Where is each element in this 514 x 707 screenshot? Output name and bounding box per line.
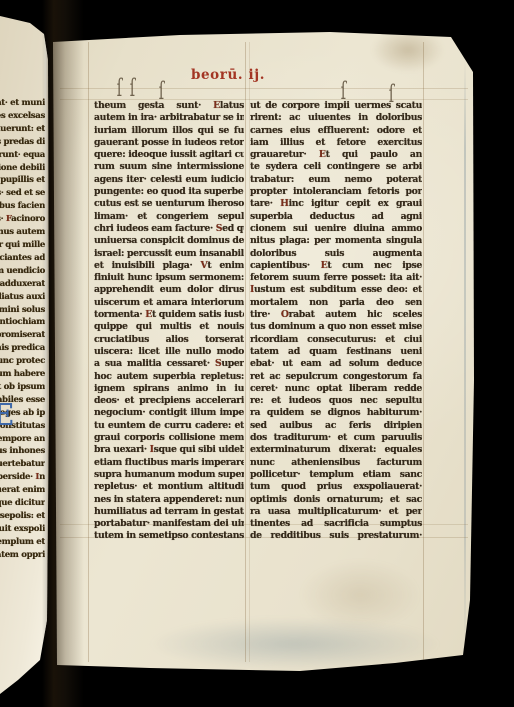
manuscript-line: uniuersa conspicit dominus deus bbox=[94, 235, 244, 247]
manuscript-line: mortalem non paria deo sen bbox=[250, 297, 422, 309]
manuscript-line: rum suum sine intermissione bbox=[94, 161, 244, 173]
manuscript-line: tentauit exspoli bbox=[0, 523, 45, 536]
manuscript-line: obtinuerunt: et bbox=[0, 123, 45, 136]
manuscript-line: agens iter· celesti eum iudicio bbox=[94, 174, 244, 186]
manuscript-line: runt· et muni bbox=[0, 97, 45, 110]
manuscript-line: ceret· nunc optat liberam redde bbox=[250, 383, 422, 395]
manuscript-line: nes in statera appenderet: nunc bbox=[94, 494, 244, 506]
manuscript-line: lio domini solus bbox=[0, 304, 45, 317]
manuscript-line: are templum et bbox=[0, 536, 45, 549]
manuscript-line: tiochus inhones bbox=[0, 445, 45, 458]
manuscript-line: optimis donis ornaturum; et sac bbox=[250, 494, 422, 506]
manuscript-line: israel: percussit eum insanabili bbox=[94, 248, 244, 260]
manuscript-line: dos traditurum· et cum paruulis bbox=[250, 432, 422, 444]
manuscript-line: torem deum habere bbox=[0, 368, 45, 381]
manuscript-line: apprehendit eum dolor dirus bbox=[94, 284, 244, 296]
manuscript-line: ricordiam consecuturus: et ciui bbox=[250, 334, 422, 346]
manuscript-line: trabatur: eum nemo poterat bbox=[250, 174, 422, 186]
manuscript-line: chri iudeos eam facture· Sed qui bbox=[94, 223, 244, 235]
manuscript-line: tum quod prius exspoliauerat· bbox=[250, 481, 422, 493]
manuscript-line: sissimus autem bbox=[0, 226, 45, 239]
manuscript-line: tes· Facinoro bbox=[0, 213, 45, 226]
manuscript-line: supra humanum modum superbia bbox=[94, 469, 244, 481]
manuscript-line: de perside· In bbox=[0, 471, 45, 484]
manuscript-line: bus pupillis et bbox=[0, 174, 45, 187]
manuscript-line: cutus est se uenturum iheroso bbox=[94, 198, 244, 210]
manuscript-line: ut de corpore impii uermes scatu bbox=[250, 100, 422, 112]
manuscript-line: quippe qui multis et nouis bbox=[94, 321, 244, 333]
text-column-2: ut de corpore impii uermes scaturirent: … bbox=[250, 100, 422, 543]
manuscript-line: uiscera: licet ille nullo modo bbox=[94, 346, 244, 358]
manuscript-line: humiliatus ad terram in gestatorio bbox=[94, 506, 244, 518]
manuscript-line: uiduis· sed et se bbox=[0, 187, 45, 200]
text-column-1: theum gesta sunt· Elatusautem in ira· ar… bbox=[94, 100, 244, 543]
manuscript-line: nunc atheniensibus facturum bbox=[250, 457, 422, 469]
manuscript-line: ciuitatem oppri bbox=[0, 549, 45, 562]
ascender-flourish: ſ bbox=[117, 76, 122, 100]
manuscript-line: quere: ideoque iussit agitari cur bbox=[94, 149, 244, 161]
manuscript-line: plures predas di bbox=[0, 136, 45, 149]
manuscript-line: et inuisibili plaga· Vt enim bbox=[94, 260, 244, 272]
manuscript-line: romanis predica bbox=[0, 342, 45, 355]
manuscript-line: exterminaturum dixerat: equales bbox=[250, 444, 422, 456]
manuscript-line: deos· et precipiens accelerari bbox=[94, 395, 244, 407]
manuscript-line: tatem ad quam festinans ueni bbox=[250, 346, 422, 358]
manuscript-line: ciones excelsas bbox=[0, 110, 45, 123]
manuscript-line: cruciatibus alios torserat bbox=[94, 334, 244, 346]
chapter-initial-e: E bbox=[0, 401, 19, 431]
manuscript-line: uiscerum et amara interiorum bbox=[94, 297, 244, 309]
manuscript-line: negocium· contigit illum impe bbox=[94, 407, 244, 419]
manuscript-line: tormenta· Et quidem satis iuste: bbox=[94, 309, 244, 321]
manuscript-line: autem in ira· arbitrabatur se in bbox=[94, 112, 244, 124]
manuscript-line: grauaretur· Et qui paulo an bbox=[250, 149, 422, 161]
ruling-line-col2-right bbox=[423, 42, 424, 662]
manuscript-line: tare· Hinc igitur cepit ex graui bbox=[250, 198, 422, 210]
manuscript-line: pollicetur· templum etiam sanc bbox=[250, 469, 422, 481]
manuscript-line: propter intoleranciam fetoris por bbox=[250, 186, 422, 198]
manuscript-line: cionem sui uenire diuina ammo bbox=[250, 223, 422, 235]
manuscript-line: iam illius et fetore exercitus bbox=[250, 137, 422, 149]
vertical-fold-line bbox=[464, 58, 466, 654]
manuscript-line: te reuertebatur bbox=[0, 458, 45, 471]
manuscript-line: tire· Orabat autem hic sceles bbox=[250, 309, 422, 321]
manuscript-line: rirent: ac uiuentes in doloribus bbox=[250, 112, 422, 124]
manuscript-photo: runt· et municiones excelsasobtinuerunt:… bbox=[0, 0, 514, 707]
parchment-stain-blue bbox=[150, 618, 440, 670]
manuscript-line: odem tempore an bbox=[0, 433, 45, 446]
manuscript-line: fetorem suum ferre posset: ita ait· bbox=[250, 272, 422, 284]
ruling-line-col1-right bbox=[245, 42, 246, 662]
ascender-flourish: ſ bbox=[130, 76, 135, 100]
manuscript-line: limam· et congeriem sepul bbox=[94, 211, 244, 223]
manuscript-line: bat nunc protec bbox=[0, 355, 45, 368]
left-page: runt· et municiones excelsasobtinuerunt:… bbox=[0, 0, 52, 707]
manuscript-line: pungente: eo quod ita superbe lo bbox=[94, 186, 244, 198]
manuscript-line: ebat· ut eam ad solum deduce bbox=[250, 358, 422, 370]
manuscript-line: de redditibus suis prestaturum· bbox=[250, 530, 422, 542]
manuscript-line: doloribus suis augmenta bbox=[250, 248, 422, 260]
manuscript-line: gauerant posse in iudeos retor bbox=[94, 137, 244, 149]
manuscript-line: iuriam illorum illos qui se fu bbox=[94, 125, 244, 137]
manuscript-line: theum gesta sunt· Elatus bbox=[94, 100, 244, 112]
manuscript-line: superbia deductus ad agni bbox=[250, 211, 422, 223]
manuscript-line: capientibus· Et cum nec ipse bbox=[250, 260, 422, 272]
manuscript-line: hoc autem superbia repletus: bbox=[94, 371, 244, 383]
running-title: beorū. ij. bbox=[168, 67, 288, 83]
manuscript-line: finiuit hunc ipsum sermonem: bbox=[94, 272, 244, 284]
manuscript-line: portabatur· manifestam dei uir bbox=[94, 518, 244, 530]
manuscript-line: carnes eius effluerent: odore et bbox=[250, 125, 422, 137]
manuscript-line: nicanor qui mille bbox=[0, 239, 45, 252]
manuscript-line: nem adduxerat: bbox=[0, 278, 45, 291]
manuscript-line: nitus plaga: per momenta singula bbox=[250, 235, 422, 247]
manuscript-line: Et qui promiserat bbox=[0, 329, 45, 342]
left-page-text-column: runt· et municiones excelsasobtinuerunt:… bbox=[0, 97, 45, 562]
manuscript-line: re: et iudeos quos nec sepultu bbox=[250, 395, 422, 407]
manuscript-line: porcione debili bbox=[0, 162, 45, 175]
manuscript-line: iudeorum uendicio bbox=[0, 265, 45, 278]
manuscript-line: tus dominum a quo non esset mise bbox=[250, 321, 422, 333]
manuscript-line: nioribus facien bbox=[0, 200, 45, 213]
manuscript-line: persepolis: et bbox=[0, 510, 45, 523]
manuscript-line: ignem spirans animo in iu bbox=[94, 383, 244, 395]
manuscript-line: Iustum est subditum esse deo: et bbox=[250, 284, 422, 296]
manuscript-line: ret ac sepulcrum congestorum fa bbox=[250, 371, 422, 383]
ruling-line-col1-left bbox=[88, 42, 89, 662]
manuscript-line: ra uasa multiplicaturum· et per bbox=[250, 506, 422, 518]
manuscript-line: ra quidem se dignos habiturum· bbox=[250, 407, 422, 419]
manuscript-line: te sydera celi contingere se arbi bbox=[250, 161, 422, 173]
manuscript-line: tinentes ad sacrificia sumptus bbox=[250, 518, 422, 530]
manuscript-line: trauerat enim bbox=[0, 484, 45, 497]
manuscript-line: tutem in semetipso contestans: ita bbox=[94, 530, 244, 542]
manuscript-line: a sua malitia cessaret· Super bbox=[94, 358, 244, 370]
manuscript-line: uiserunt· equa bbox=[0, 149, 45, 162]
manuscript-line: iudeos· et ob ipsum bbox=[0, 381, 45, 394]
manuscript-line: graui corporis collisione mem bbox=[94, 432, 244, 444]
manuscript-line: bra uexari· Isque qui sibi uidebat bbox=[94, 444, 244, 456]
manuscript-line: sed auibus ac feris diripien bbox=[250, 420, 422, 432]
right-page: beorū. ij. ſ ſ ſ ſ ſ theum gesta sunt· E… bbox=[0, 0, 514, 707]
manuscript-line: humiliatus auxi bbox=[0, 291, 45, 304]
manuscript-line: repletus· et montium altitudi bbox=[94, 481, 244, 493]
manuscript-line: negociantes ad bbox=[0, 252, 45, 265]
parchment-smudge bbox=[372, 28, 444, 72]
manuscript-line: tu euntem de curru cadere: et bbox=[94, 420, 244, 432]
manuscript-line: etiam fluctibus maris imperare bbox=[94, 457, 244, 469]
manuscript-line: uenit antiochiam· bbox=[0, 316, 45, 329]
manuscript-line: in eam que dicitur bbox=[0, 497, 45, 510]
